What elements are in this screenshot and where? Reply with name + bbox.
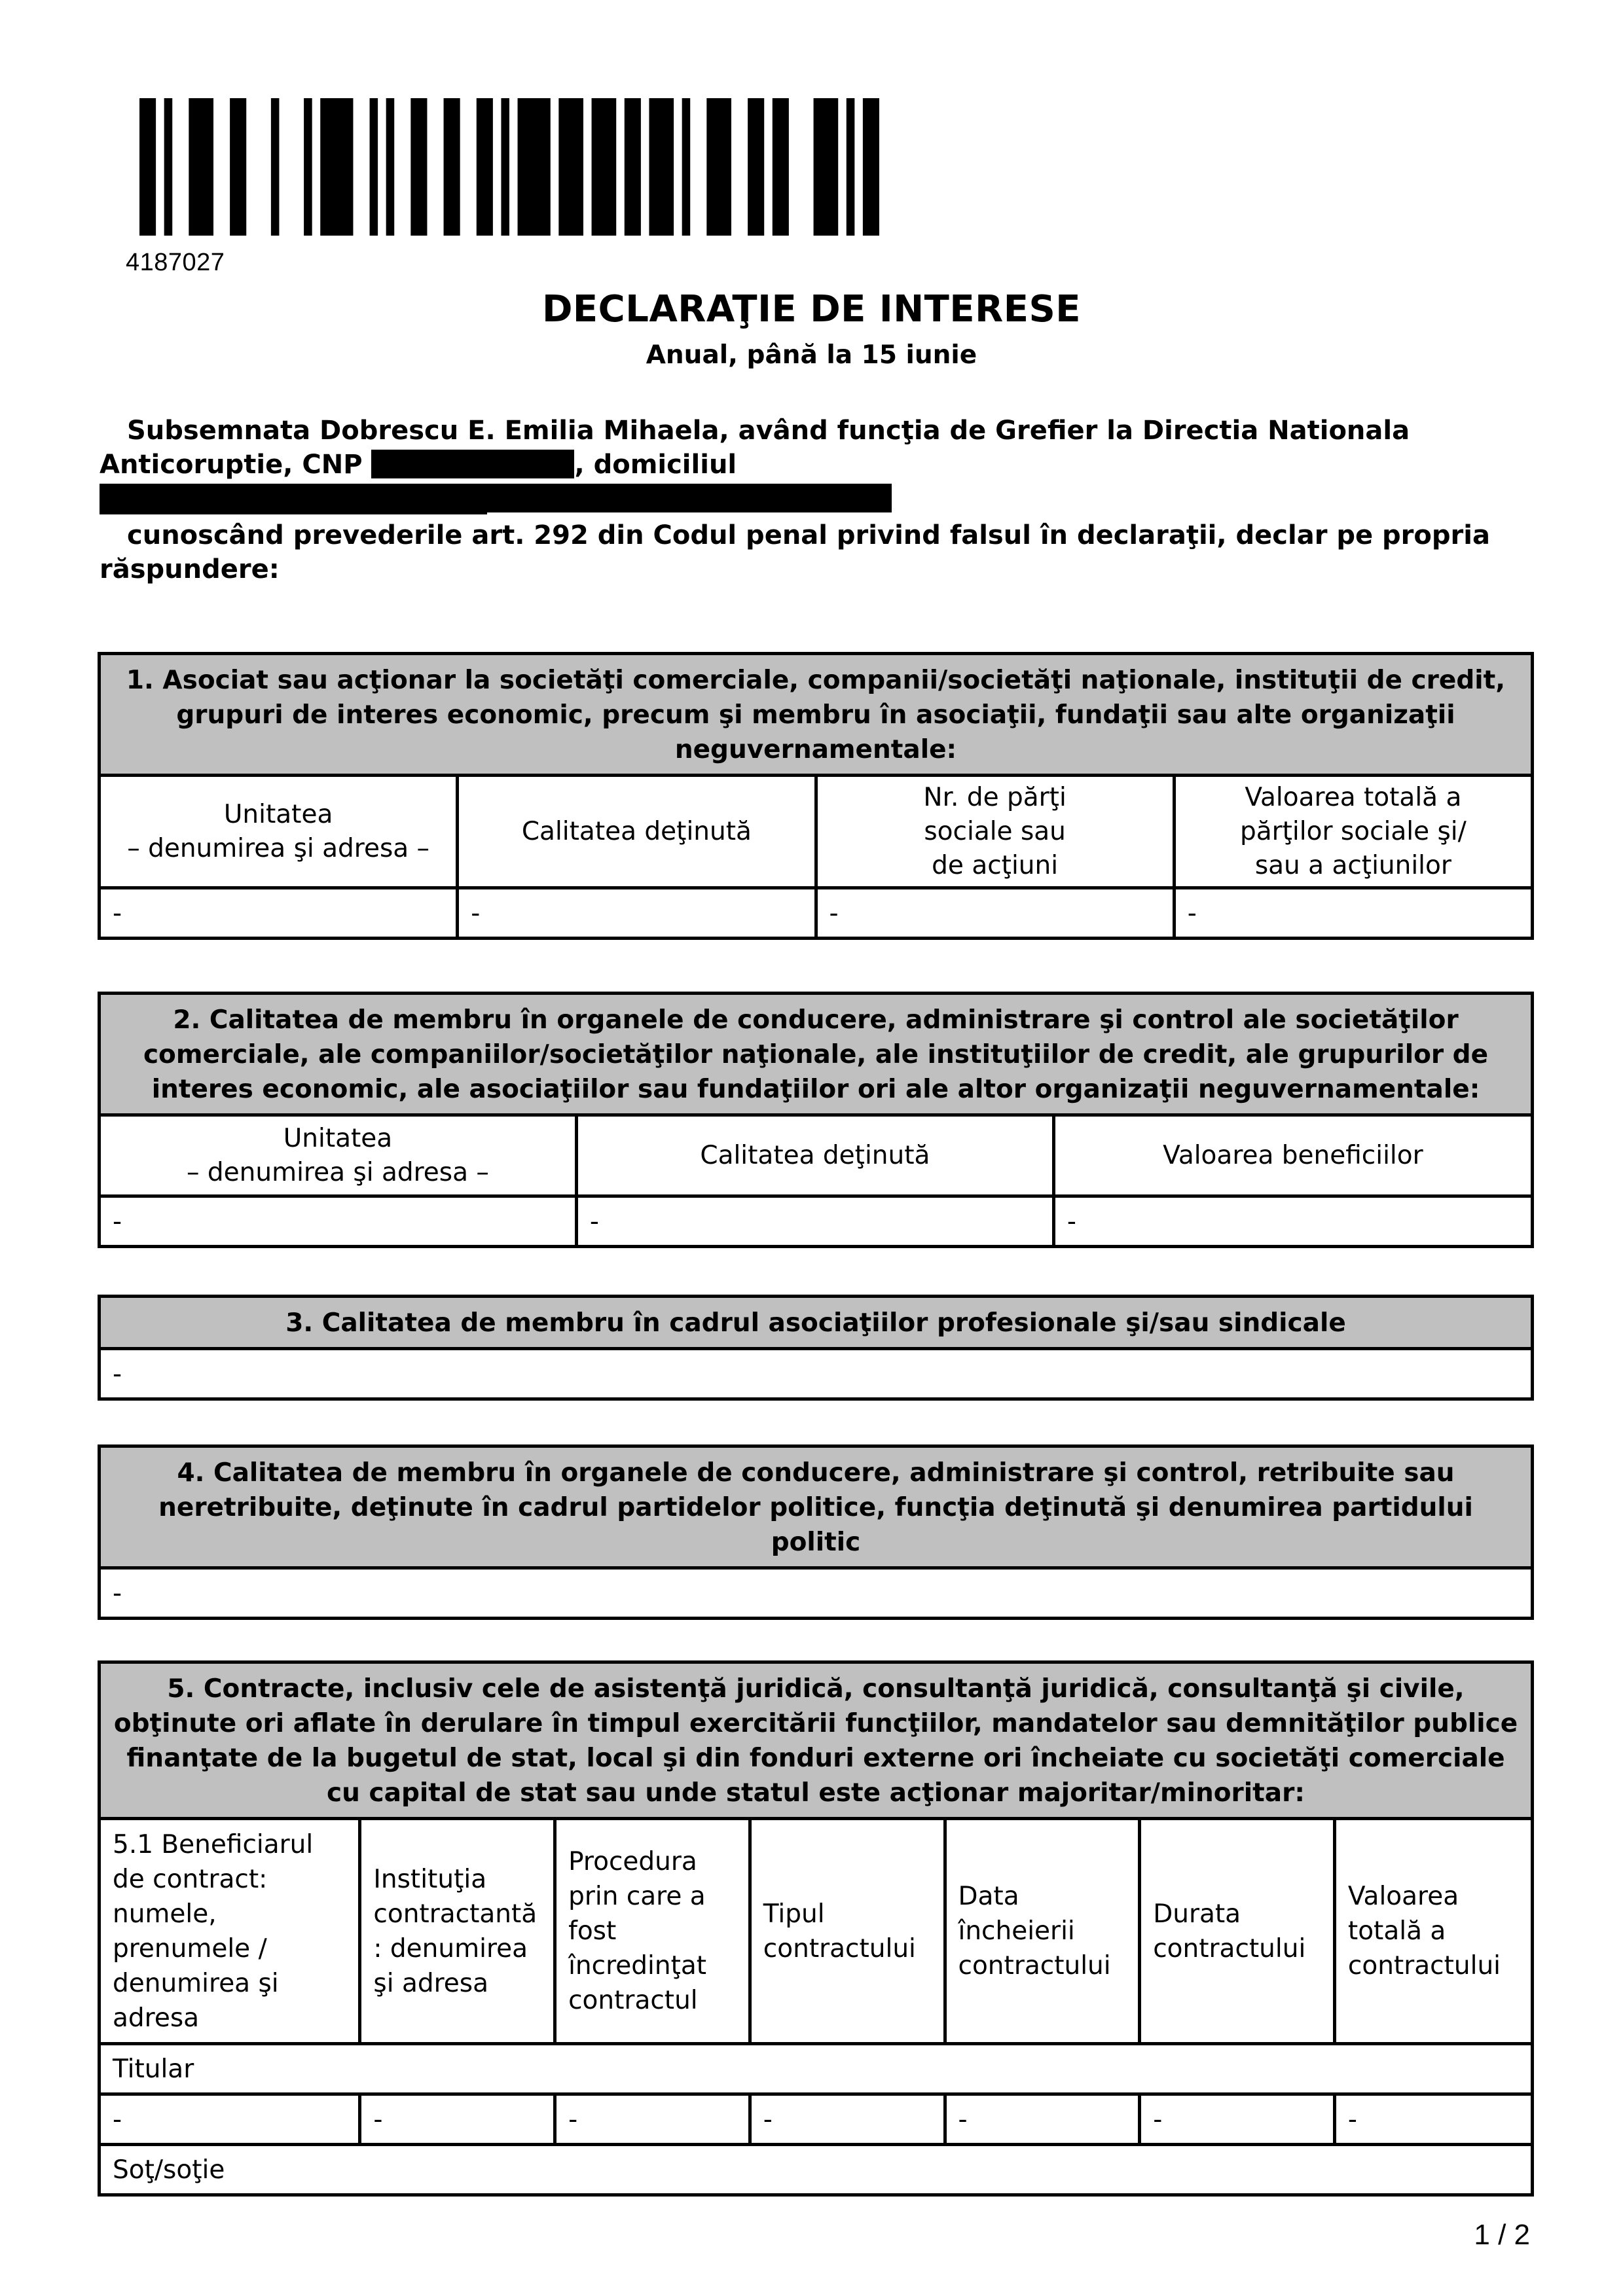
col-header: Calitatea deţinută — [576, 1115, 1053, 1196]
col-header: Tipul contractului — [750, 1819, 945, 2044]
table-cell: - — [816, 888, 1174, 939]
col-header: Procedura prin care a fost încredinţat c… — [555, 1819, 750, 2044]
group-label-spouse: Soţ/soţie — [100, 2145, 1533, 2195]
address-redaction-continued — [100, 486, 487, 514]
group-label-titular: Titular — [100, 2044, 1533, 2094]
document-subtitle: Anual, până la 15 iunie — [0, 340, 1623, 370]
barcode-icon — [139, 98, 879, 236]
col-header: Valoarea totală apărţilor sociale şi/sau… — [1174, 776, 1532, 888]
section-3-heading: 3. Calitatea de membru în cadrul asociaţ… — [100, 1297, 1533, 1349]
col-header: Nr. de părţisociale saude acţiuni — [816, 776, 1174, 888]
col-header: Unitatea– denumirea şi adresa – — [100, 776, 458, 888]
col-header: Valoarea totală a contractului — [1334, 1819, 1532, 2044]
table-row: - — [100, 1349, 1533, 1399]
table-cell: - — [100, 888, 458, 939]
barcode-number: 4187027 — [126, 249, 225, 277]
section-2-table: 2. Calitatea de membru în organele de co… — [98, 992, 1534, 1248]
legal-notice: cunoscând prevederile art. 292 din Codul… — [100, 518, 1533, 586]
section-2-heading: 2. Calitatea de membru în organele de co… — [100, 994, 1533, 1115]
table-row: - - - — [100, 1196, 1533, 1247]
table-cell: - — [100, 2094, 360, 2145]
legal-notice-text: cunoscând prevederile art. 292 din Codul… — [100, 520, 1490, 584]
col-header: Durata contractului — [1140, 1819, 1335, 2044]
document-title: DECLARAŢIE DE INTERESE — [0, 288, 1623, 331]
table-row: - - - - - - - — [100, 2094, 1533, 2145]
table-cell: - — [100, 1196, 577, 1247]
section-4-heading: 4. Calitatea de membru în organele de co… — [100, 1446, 1533, 1568]
col-header: Calitatea deţinută — [458, 776, 816, 888]
col-header: 5.1 Beneficiarul de contract: numele, pr… — [100, 1819, 360, 2044]
table-cell: - — [1334, 2094, 1532, 2145]
section-1-table: 1. Asociat sau acţionar la societăţi com… — [98, 652, 1534, 940]
table-cell: - — [945, 2094, 1140, 2145]
page-number: 1 / 2 — [1474, 2219, 1530, 2251]
table-cell: - — [100, 1349, 1533, 1399]
domicile-label: , domiciliul — [574, 450, 737, 480]
section-3-table: 3. Calitatea de membru în cadrul asociaţ… — [98, 1295, 1534, 1401]
table-cell: - — [555, 2094, 750, 2145]
section-4-table: 4. Calitatea de membru în organele de co… — [98, 1444, 1534, 1620]
col-header: Instituţia contractantă : denumirea şi a… — [360, 1819, 555, 2044]
table-row: - - - - — [100, 888, 1533, 939]
cnp-redaction — [371, 450, 574, 478]
table-row: - — [100, 1568, 1533, 1619]
table-cell: - — [1053, 1196, 1532, 1247]
col-header: Data încheierii contractului — [945, 1819, 1140, 2044]
table-cell: - — [1140, 2094, 1335, 2145]
table-cell: - — [458, 888, 816, 939]
table-cell: - — [100, 1568, 1533, 1619]
table-cell: - — [1174, 888, 1532, 939]
section-5-table: 5. Contracte, inclusiv cele de asistenţă… — [98, 1660, 1534, 2197]
table-cell: - — [576, 1196, 1053, 1247]
col-header: Unitatea– denumirea şi adresa – — [100, 1115, 577, 1196]
col-header: Valoarea beneficiilor — [1053, 1115, 1532, 1196]
declarant-text: Subsemnata Dobrescu E. Emilia Mihaela, a… — [100, 416, 1410, 480]
section-1-heading: 1. Asociat sau acţionar la societăţi com… — [100, 654, 1533, 776]
table-cell: - — [750, 2094, 945, 2145]
section-5-heading: 5. Contracte, inclusiv cele de asistenţă… — [100, 1662, 1533, 1819]
table-cell: - — [360, 2094, 555, 2145]
